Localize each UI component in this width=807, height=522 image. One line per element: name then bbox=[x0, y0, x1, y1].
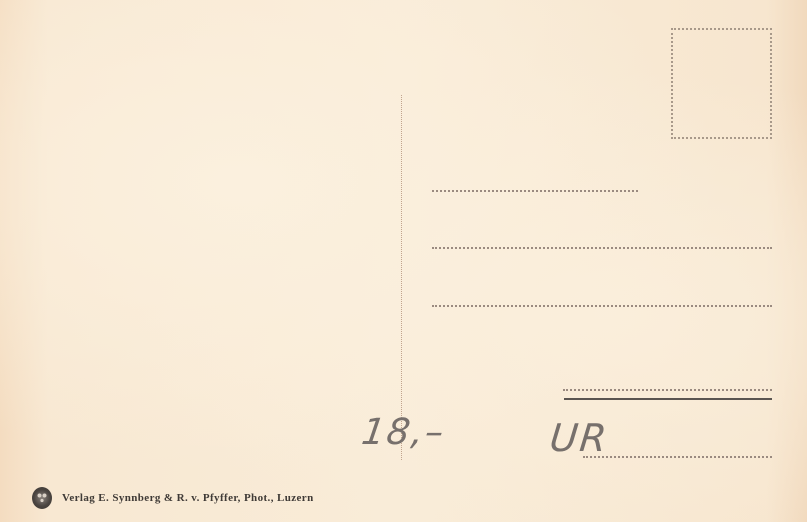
message-address-divider bbox=[401, 95, 402, 460]
handwritten-price: 18,– bbox=[359, 412, 448, 453]
address-line-3 bbox=[432, 305, 772, 307]
address-line-1 bbox=[432, 190, 638, 192]
publisher-emblem-icon bbox=[32, 487, 52, 509]
publisher-text: Verlag E. Synnberg & R. v. Pfyffer, Phot… bbox=[62, 492, 314, 504]
handwritten-code: UR bbox=[548, 416, 611, 460]
postcard-back: 18,– UR Verlag E. Synnberg & R. v. Pfyff… bbox=[0, 0, 807, 522]
address-line-4 bbox=[563, 389, 772, 391]
stamp-box bbox=[671, 28, 772, 139]
address-line-2 bbox=[432, 247, 772, 249]
publisher-imprint: Verlag E. Synnberg & R. v. Pfyffer, Phot… bbox=[32, 487, 314, 509]
address-underline-solid bbox=[564, 398, 772, 400]
address-line-5 bbox=[583, 456, 772, 458]
